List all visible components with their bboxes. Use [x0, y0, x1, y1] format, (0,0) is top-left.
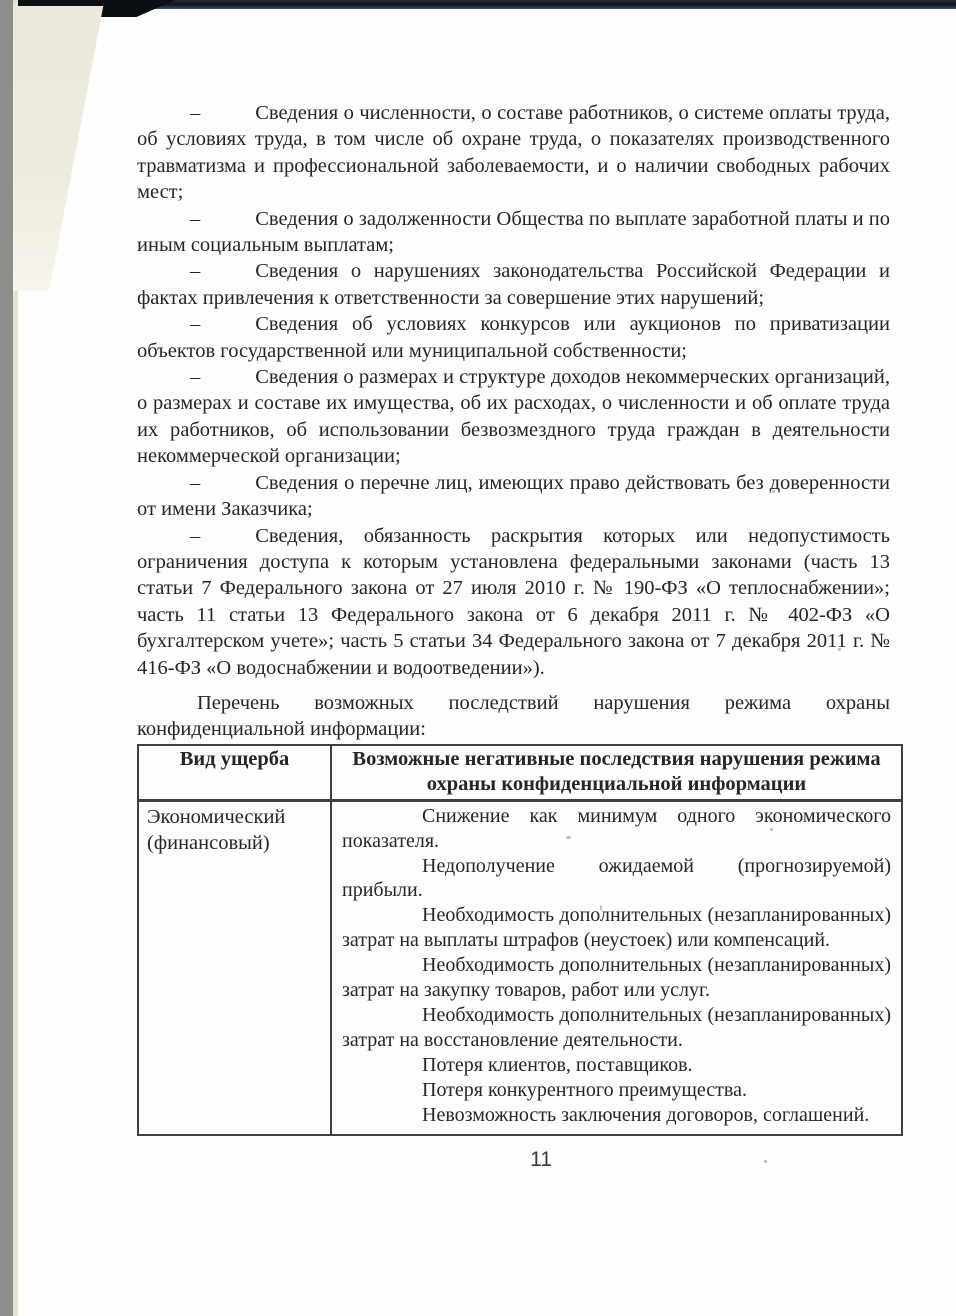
consequence-item: Необходимость дополнительных (незапланир…	[342, 953, 891, 1003]
bullet-dash: –	[190, 208, 200, 230]
bullet-paragraph: –Сведения, обязанность раскрытия которых…	[137, 523, 890, 681]
consequence-item: Необходимость дополнительных (незапланир…	[342, 903, 891, 953]
scan-left-edge	[0, 0, 13, 1316]
consequence-item: Потеря конкурентного преимущества.	[342, 1078, 891, 1103]
consequence-item: Снижение как минимум одного экономическо…	[342, 804, 891, 854]
col-header-damage-type: Вид ущерба	[138, 745, 331, 801]
damage-type-cell: Экономический (финансовый)	[138, 800, 331, 1134]
table-row: Экономический (финансовый) Снижение как …	[138, 800, 902, 1134]
bullet-dash: –	[190, 102, 200, 124]
col-header-consequences: Возможные негативные последствия нарушен…	[331, 745, 902, 801]
bullet-text: Сведения о нарушениях законодательства Р…	[137, 260, 890, 308]
bullet-paragraph: –Сведения о задолженности Общества по вы…	[137, 206, 890, 259]
bullet-text: Сведения о задолженности Общества по вып…	[137, 208, 890, 256]
bullet-text: Сведения, обязанность раскрытия которых …	[137, 525, 890, 679]
bullet-dash: –	[190, 525, 200, 547]
bullet-dash: –	[190, 472, 200, 494]
bullet-text: Сведения о размерах и структуре доходов …	[137, 366, 890, 467]
bullet-dash: –	[190, 260, 200, 282]
bullet-text: Сведения о численности, о составе работн…	[137, 102, 890, 203]
consequence-item: Необходимость дополнительных (незапланир…	[342, 1003, 891, 1053]
consequence-item: Невозможность заключения договоров, согл…	[342, 1103, 891, 1128]
table-header-row: Вид ущерба Возможные негативные последст…	[138, 745, 902, 801]
consequences-cell: Снижение как минимум одного экономическо…	[331, 800, 902, 1134]
page-number: 11	[137, 1147, 890, 1173]
bullet-paragraph: –Сведения о перечне лиц, имеющих право д…	[137, 470, 890, 523]
bullet-text: Сведения о перечне лиц, имеющих право де…	[137, 472, 890, 520]
bullet-paragraph: –Сведения о нарушениях законодательства …	[137, 258, 890, 311]
bullet-dash: –	[190, 313, 200, 335]
page-content: –Сведения о численности, о составе работ…	[137, 100, 890, 1173]
bullet-paragraph: –Сведения об условиях конкурсов или аукц…	[137, 311, 890, 364]
consequence-item: Потеря клиентов, поставщиков.	[342, 1053, 891, 1078]
intro-paragraph: Перечень возможных последствий нарушения…	[137, 690, 890, 743]
bullet-dash: –	[190, 366, 200, 388]
bullet-paragraph: –Сведения о численности, о составе работ…	[137, 100, 890, 206]
consequences-table: Вид ущерба Возможные негативные последст…	[137, 744, 903, 1136]
scan-corner-shadow	[13, 6, 108, 291]
bullet-paragraph: –Сведения о размерах и структуре доходов…	[137, 364, 890, 470]
bullet-text: Сведения об условиях конкурсов или аукци…	[137, 313, 890, 361]
consequence-item: Недополучение ожидаемой (прогнозируемой)…	[342, 854, 891, 904]
